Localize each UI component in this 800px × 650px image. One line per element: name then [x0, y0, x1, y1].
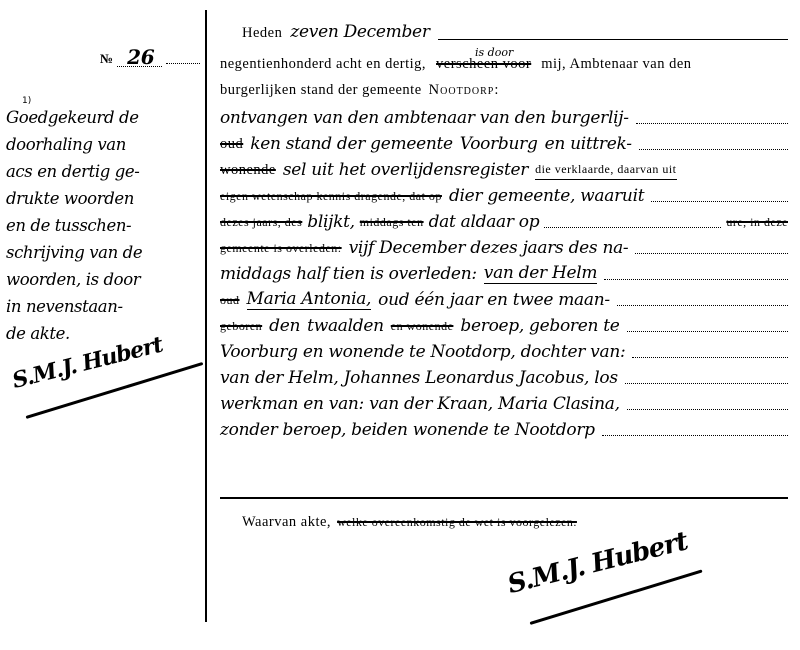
body-line-3: burgerlijken stand der gemeente Nootdorp…	[220, 74, 788, 100]
margin-note-line: acs en dertig ge-	[6, 158, 201, 185]
struck-text: ure, in deze	[726, 212, 788, 232]
handwritten-text: middags half tien is overleden:	[220, 264, 477, 284]
dotted-fill	[632, 357, 788, 358]
handwritten-text: oud één jaar en twee maan-	[378, 290, 610, 310]
margin-note-line: Goedgekeurd de	[6, 104, 201, 131]
body-line-12: geboren den twaalden en wonende beroep, …	[220, 310, 788, 336]
struck-text: wonende	[220, 160, 276, 180]
margin-note-line: en de tusschen-	[6, 212, 201, 239]
handwritten-text: Voorburg en wonende te Nootdorp, dochter…	[220, 342, 625, 362]
struck-text: middags ten	[360, 212, 424, 232]
body-line-2: negentienhonderd acht en dertig, versche…	[220, 48, 788, 74]
body-line-11: oud Maria Antonia, oud één jaar en twee …	[220, 284, 788, 310]
margin-note-line: woorden, is door	[6, 266, 201, 293]
struck-text: dezes jaars, des	[220, 212, 302, 232]
handwritten-text: beroep, geboren te	[460, 316, 619, 336]
body-line-5: oud ken stand der gemeente Voorburg en u…	[220, 128, 788, 154]
act-number-value: 26	[117, 48, 162, 67]
body-line-15: werkman en van: van der Kraan, Maria Cla…	[220, 388, 788, 414]
margin-note: Goedgekeurd de doorhaling van acs en der…	[6, 104, 201, 347]
body-line-4: ontvangen van den ambtenaar van den burg…	[220, 102, 788, 128]
dotted-fill	[636, 123, 788, 124]
printed-heden: Heden	[242, 25, 282, 42]
body-line-7: eigen wetenschap kennis dragende, dat op…	[220, 180, 788, 206]
handwritten-text: vijf December dezes jaars des na-	[349, 238, 629, 258]
margin-note-line: de akte.	[6, 320, 201, 347]
handwritten-text: dier gemeente, waaruit	[449, 186, 644, 206]
handwritten-text: en uittrek-	[545, 134, 632, 154]
handwritten-text: ken stand der gemeente	[250, 134, 453, 154]
handwritten-text: sel uit het overlijdensregister	[283, 160, 528, 180]
dotted-fill	[627, 409, 788, 410]
dotted-fill	[627, 331, 788, 332]
body-line-9: gemeente is overleden: vijf December dez…	[220, 232, 788, 258]
struck-text: oud	[220, 134, 243, 154]
handwritten-text: Voorburg	[460, 134, 538, 154]
body-line-13: Voorburg en wonende te Nootdorp, dochter…	[220, 336, 788, 362]
handwritten-text: werkman en van: van der Kraan, Maria Cla…	[220, 394, 620, 414]
dotted-fill	[635, 253, 788, 254]
struck-text: geboren	[220, 316, 262, 336]
handwritten-text: den	[269, 316, 300, 336]
struck-text: oud	[220, 290, 240, 310]
margin-column: № 26 1) Goedgekeurd de doorhaling van ac…	[0, 0, 205, 650]
act-number-label: №	[100, 51, 113, 67]
body-line-14: van der Helm, Johannes Leonardus Jacobus…	[220, 362, 788, 388]
body-line-10: middags half tien is overleden: van der …	[220, 258, 788, 284]
closing-rule	[220, 497, 788, 499]
printed-text: Waarvan akte,	[242, 514, 331, 531]
body-line-8: dezes jaars, des blijkt, middags ten dat…	[220, 206, 788, 232]
fill-line	[438, 39, 788, 40]
printed-text: negentienhonderd acht en dertig,	[220, 54, 426, 74]
municipality-name: Nootdorp:	[429, 80, 500, 100]
handwritten-date: zeven December	[290, 22, 429, 42]
deceased-surname: van der Helm	[484, 263, 597, 284]
struck-text: verscheen voor	[436, 54, 531, 74]
dotted-fill	[651, 201, 788, 202]
deceased-given-names: Maria Antonia,	[247, 289, 372, 310]
registrar-signature: S.M.J. Hubert	[512, 570, 696, 600]
handwritten-text: blijkt,	[307, 212, 354, 232]
margin-note-line: drukte woorden	[6, 185, 201, 212]
printed-text: burgerlijken stand der gemeente	[220, 80, 422, 100]
struck-text: gemeente is overleden:	[220, 238, 342, 258]
handwritten-text: zonder beroep, beiden wonende te Nootdor…	[220, 420, 595, 440]
handwritten-text: twaalden	[307, 316, 384, 336]
dotted-fill	[617, 305, 788, 306]
dotted-fill	[602, 435, 788, 436]
struck-text: eigen wetenschap kennis dragende, dat op	[220, 186, 442, 206]
body-line-16: zonder beroep, beiden wonende te Nootdor…	[220, 414, 788, 440]
date-line: Heden zeven December	[242, 22, 788, 42]
margin-note-line: schrijving van de	[6, 239, 201, 266]
margin-note-line: doorhaling van	[6, 131, 201, 158]
closing-statement: Waarvan akte, welke overeenkomstig de we…	[242, 514, 577, 531]
margin-note-line: in nevenstaan-	[6, 293, 201, 320]
dotted-fill	[625, 383, 788, 384]
act-number-dots	[166, 63, 200, 64]
handwritten-text: ontvangen van den ambtenaar van den burg…	[220, 108, 629, 128]
struck-text: welke overeenkomstig de wet is voorgelez…	[337, 515, 577, 530]
printed-text: die verklaarde, daarvan uit	[535, 159, 676, 180]
registrar-signature-text: S.M.J. Hubert	[505, 526, 691, 600]
dotted-fill	[544, 227, 721, 228]
main-column: Heden zeven December is door negentienho…	[212, 0, 800, 650]
margin-signature: S.M.J. Hubert	[16, 368, 170, 394]
handwritten-text: dat aldaar op	[429, 212, 540, 232]
handwritten-text: van der Helm, Johannes Leonardus Jacobus…	[220, 368, 618, 388]
struck-text: en wonende	[391, 316, 454, 336]
printed-text: mij, Ambtenaar van den	[541, 54, 691, 74]
act-number: № 26	[100, 48, 200, 67]
column-divider	[205, 10, 207, 622]
dotted-fill	[639, 149, 788, 150]
body-line-6: wonende sel uit het overlijdensregister …	[220, 154, 788, 180]
dotted-fill	[604, 279, 788, 280]
